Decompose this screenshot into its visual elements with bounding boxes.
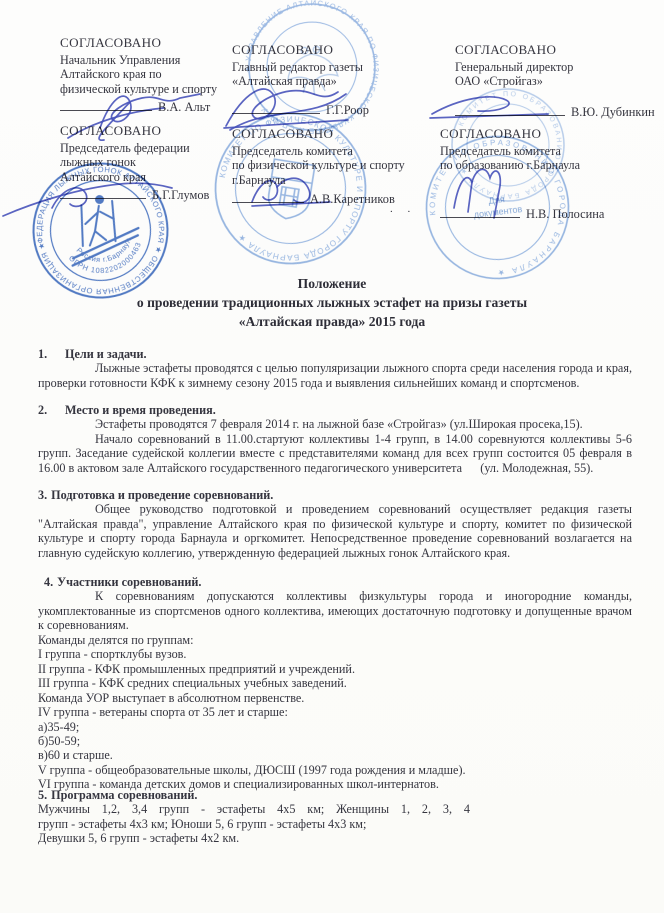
list-line: б)50-59; <box>38 734 632 748</box>
paragraph: Лыжные эстафеты проводятся с целью попул… <box>38 361 632 390</box>
section-participants: 4.Участники соревнований. К соревнования… <box>38 575 632 792</box>
signature-scribble-karetnikov <box>244 170 339 212</box>
list-line: V группа - общеобразовательные школы, ДЮ… <box>38 763 632 777</box>
list-line: I группа - спортклубы вузов. <box>38 647 632 661</box>
signature-scribble-roor <box>220 76 355 136</box>
section-heading: 2.Место и время проведения. <box>38 403 632 417</box>
paragraph: Начало соревнований в 11.00.стартуют кол… <box>38 432 632 475</box>
paragraph: К соревнованиям допускаются коллективы ф… <box>38 589 632 632</box>
list-line: IV группа - ветераны спорта от 35 лет и … <box>38 705 632 719</box>
document-page: СОГЛАСОВАНО Начальник Управления Алтайск… <box>0 0 664 913</box>
signature-scribble-glumov <box>0 168 178 228</box>
list-line: III группа - КФК средних специальных уче… <box>38 676 632 690</box>
signature-scribble-polosina <box>440 160 530 224</box>
section-heading: 1.Цели и задачи. <box>38 347 632 361</box>
paragraph: Эстафеты проводятся 7 февраля 2014 г. на… <box>38 417 632 431</box>
paragraph: Общее руководство подготовкой и проведен… <box>38 502 632 560</box>
list-line: Мужчины 1,2, 3,4 групп - эстафеты 4х5 км… <box>38 802 470 816</box>
list-line: Команды делятся по группам: <box>38 633 632 647</box>
signature-scribble-dubinkin <box>426 90 566 124</box>
approval-label: СОГЛАСОВАНО <box>455 43 650 58</box>
approval-label: СОГЛАСОВАНО <box>60 36 240 51</box>
signature-scribble-alt <box>60 74 230 146</box>
section-heading: 4.Участники соревнований. <box>38 575 632 589</box>
list-line: в)60 и старше. <box>38 748 632 762</box>
list-line: Девушки 5, 6 групп - эстафеты 4х2 км. <box>38 831 472 845</box>
section-program: 5.Программа соревнований. Мужчины 1,2, 3… <box>38 788 472 846</box>
ink-dots: . . <box>390 203 416 215</box>
section-goals: 1.Цели и задачи. Лыжные эстафеты проводя… <box>38 347 632 390</box>
list-line: Команда УОР выступает в абсолютном перве… <box>38 691 632 705</box>
section-heading: 5.Программа соревнований. <box>38 788 472 802</box>
list-line: а)35-49; <box>38 720 632 734</box>
section-place-time: 2.Место и время проведения. Эстафеты про… <box>38 403 632 475</box>
list-line: групп - эстафеты 4х3 км; Юноши 5, 6 груп… <box>38 817 472 831</box>
title-line: «Алтайская правда» 2015 года <box>0 312 664 331</box>
section-heading: 3.Подготовка и проведение соревнований. <box>38 488 632 502</box>
approval-role-line: Начальник Управления <box>60 53 240 68</box>
list-line: II группа - КФК промышленных предприятий… <box>38 662 632 676</box>
section-preparation: 3.Подготовка и проведение соревнований. … <box>38 488 632 560</box>
